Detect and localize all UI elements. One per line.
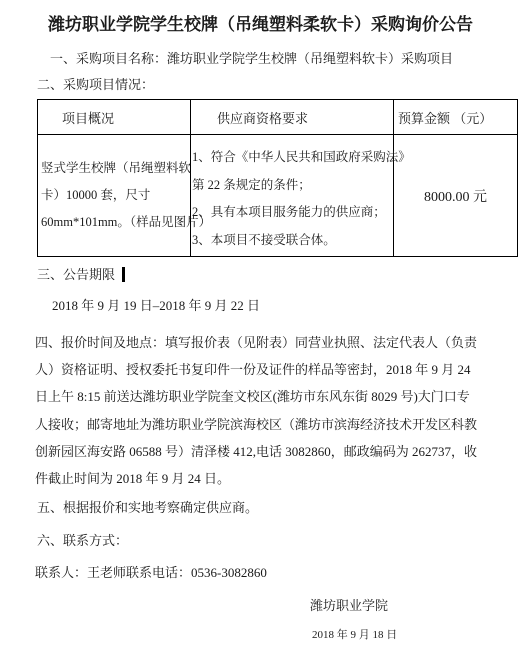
overview-line: 卡）10000 套，尺寸 xyxy=(41,182,189,209)
col-header-supplier-requirements: 供应商资格要求 xyxy=(191,100,394,135)
overview-line: 竖式学生校牌（吊绳塑料软 xyxy=(41,155,189,182)
requirement-line: 3、本项目不接受联合体。 xyxy=(192,227,393,255)
cell-supplier-requirements: 1、符合《中华人民共和国政府采购法》 第 22 条规定的条件； 2、具有本项目服… xyxy=(191,135,394,257)
section-supplier-determination: 五、根据报价和实地考察确定供应商。 xyxy=(37,501,258,516)
paragraph-line: 日上午 8:15 前送达潍坊职业学院奎文校区(潍坊市东风东街 8029 号)大门… xyxy=(35,389,477,416)
section-project-name: 一、采购项目名称：潍坊职业学院学生校牌（吊绳塑料软卡）采购项目 xyxy=(50,52,453,67)
paragraph-line: 创新园区海安路 06588 号）清泽楼 412,电话 3082860，邮政编码为… xyxy=(35,444,477,471)
paragraph-line: 人）资格证明、授权委托书复印件一份及证件的样品等密封，2018 年 9 月 24 xyxy=(35,362,477,389)
section-quote-time-location: 四、报价时间及地点：填写报价表（见附表）同营业执照、法定代表人（负责 人）资格证… xyxy=(35,335,477,498)
signature-date: 2018 年 9 月 18 日 xyxy=(312,629,397,642)
procurement-table: 项目概况 供应商资格要求 预算金额 （元） 竖式学生校牌（吊绳塑料软 卡）100… xyxy=(37,99,518,257)
overview-line: 60mm*101mm。（样品见图片） xyxy=(41,209,189,236)
requirement-line: 1、符合《中华人民共和国政府采购法》 xyxy=(192,144,393,172)
paragraph-line: 人接收；邮寄地址为潍坊职业学院滨海校区（潍坊市滨海经济技术开发区科教 xyxy=(35,417,477,444)
section-announcement-period: 三、公告期限 xyxy=(37,267,125,283)
cell-project-overview: 竖式学生校牌（吊绳塑料软 卡）10000 套，尺寸 60mm*101mm。（样品… xyxy=(38,135,191,257)
paragraph-line: 四、报价时间及地点：填写报价表（见附表）同营业执照、法定代表人（负责 xyxy=(35,335,477,362)
text-cursor xyxy=(122,267,125,282)
section-project-info: 二、采购项目情况： xyxy=(37,78,154,93)
col-header-budget-amount: 预算金额 （元） xyxy=(394,100,518,135)
budget-value: 8000.00 元 xyxy=(424,190,487,205)
announcement-period-label: 三、公告期限 xyxy=(37,267,115,282)
contact-line: 联系人：王老师联系电话：0536-3082860 xyxy=(35,566,267,581)
announcement-period-dates: 2018 年 9 月 19 日–2018 年 9 月 22 日 xyxy=(52,299,260,314)
signature-organization: 潍坊职业学院 xyxy=(310,599,388,614)
table-row: 竖式学生校牌（吊绳塑料软 卡）10000 套，尺寸 60mm*101mm。（样品… xyxy=(38,135,518,257)
col-header-project-overview: 项目概况 xyxy=(38,100,191,135)
document-page: 潍坊职业学院学生校牌（吊绳塑料柔软卡）采购询价公告 一、采购项目名称：潍坊职业学… xyxy=(0,0,521,665)
cell-budget-amount: 8000.00 元 xyxy=(394,135,518,257)
requirement-line: 2、具有本项目服务能力的供应商； xyxy=(192,199,393,227)
section-contact-info: 六、联系方式： xyxy=(37,534,128,549)
page-title: 潍坊职业学院学生校牌（吊绳塑料柔软卡）采购询价公告 xyxy=(0,10,521,35)
requirement-line: 第 22 条规定的条件； xyxy=(192,172,393,200)
paragraph-line: 件截止时间为 2018 年 9 月 24 日。 xyxy=(35,471,477,498)
table-header-row: 项目概况 供应商资格要求 预算金额 （元） xyxy=(38,100,518,135)
